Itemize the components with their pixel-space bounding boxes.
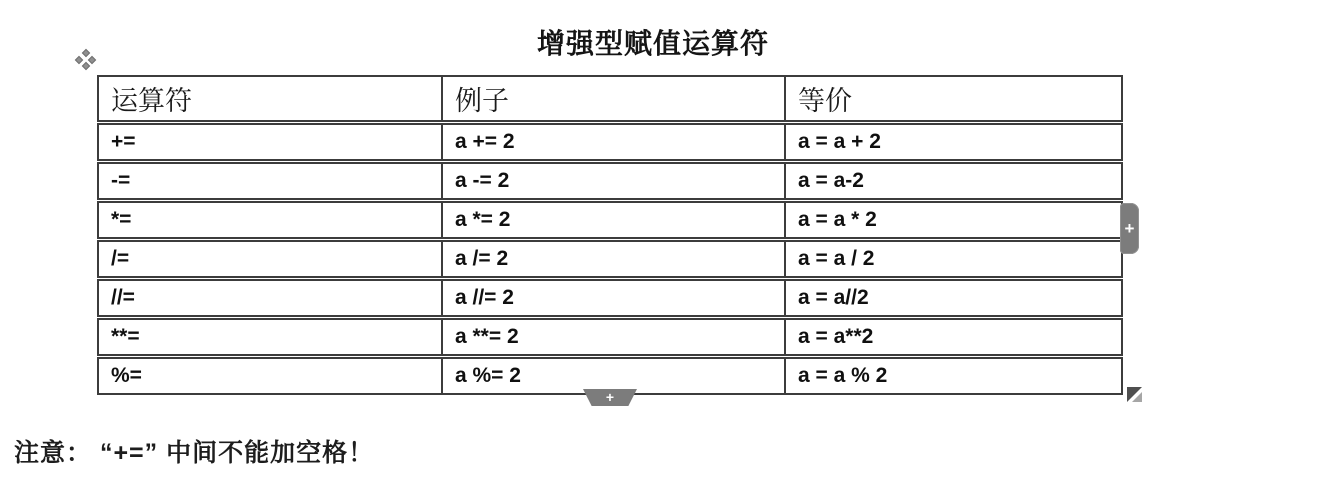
header-cell-example[interactable]: 例子 — [441, 77, 784, 120]
cell-example[interactable]: a /= 2 — [441, 242, 784, 276]
plus-icon: + — [606, 390, 614, 404]
table-row: //= a //= 2 a = a//2 — [97, 279, 1123, 317]
header-cell-equivalent[interactable]: 等价 — [784, 77, 1121, 120]
cell-operator[interactable]: *= — [99, 203, 441, 237]
header-cell-operator[interactable]: 运算符 — [99, 77, 441, 120]
resize-handle[interactable] — [1126, 386, 1144, 404]
cell-operator[interactable]: /= — [99, 242, 441, 276]
resize-grip-icon — [1126, 386, 1144, 404]
cell-example[interactable]: a *= 2 — [441, 203, 784, 237]
table-row: -= a -= 2 a = a-2 — [97, 162, 1123, 200]
cell-example[interactable]: a **= 2 — [441, 320, 784, 354]
cell-equivalent[interactable]: a = a-2 — [784, 164, 1121, 198]
cell-operator[interactable]: -= — [99, 164, 441, 198]
cell-equivalent[interactable]: a = a / 2 — [784, 242, 1121, 276]
cell-equivalent[interactable]: a = a % 2 — [784, 359, 1121, 393]
cell-example[interactable]: a += 2 — [441, 125, 784, 159]
cell-example[interactable]: a //= 2 — [441, 281, 784, 315]
cell-operator[interactable]: //= — [99, 281, 441, 315]
diamond-dot-icon — [82, 62, 90, 70]
cell-operator[interactable]: **= — [99, 320, 441, 354]
operators-table: 运算符 例子 等价 += a += 2 a = a + 2 -= a -= 2 … — [97, 75, 1123, 395]
table-row: += a += 2 a = a + 2 — [97, 123, 1123, 161]
cell-operator[interactable]: %= — [99, 359, 441, 393]
cell-equivalent[interactable]: a = a**2 — [784, 320, 1121, 354]
plus-icon: + — [1125, 220, 1135, 237]
table-row: **= a **= 2 a = a**2 — [97, 318, 1123, 356]
page-title: 增强型赋值运算符 — [0, 22, 1306, 62]
add-row-button[interactable]: + — [583, 389, 637, 406]
cell-example[interactable]: a -= 2 — [441, 164, 784, 198]
move-handle-icon[interactable] — [76, 50, 96, 70]
table-row: /= a /= 2 a = a / 2 — [97, 240, 1123, 278]
table-row: *= a *= 2 a = a * 2 — [97, 201, 1123, 239]
note-text: 注意： “+=” 中间不能加空格！ — [14, 433, 374, 469]
add-column-button[interactable]: + — [1120, 203, 1139, 254]
cell-equivalent[interactable]: a = a + 2 — [784, 125, 1121, 159]
table-header-row: 运算符 例子 等价 — [97, 75, 1123, 122]
cell-example[interactable]: a %= 2 — [441, 359, 784, 393]
cell-operator[interactable]: += — [99, 125, 441, 159]
diamond-dot-icon — [88, 56, 96, 64]
diamond-dot-icon — [75, 56, 83, 64]
diamond-dot-icon — [82, 49, 90, 57]
cell-equivalent[interactable]: a = a//2 — [784, 281, 1121, 315]
cell-equivalent[interactable]: a = a * 2 — [784, 203, 1121, 237]
